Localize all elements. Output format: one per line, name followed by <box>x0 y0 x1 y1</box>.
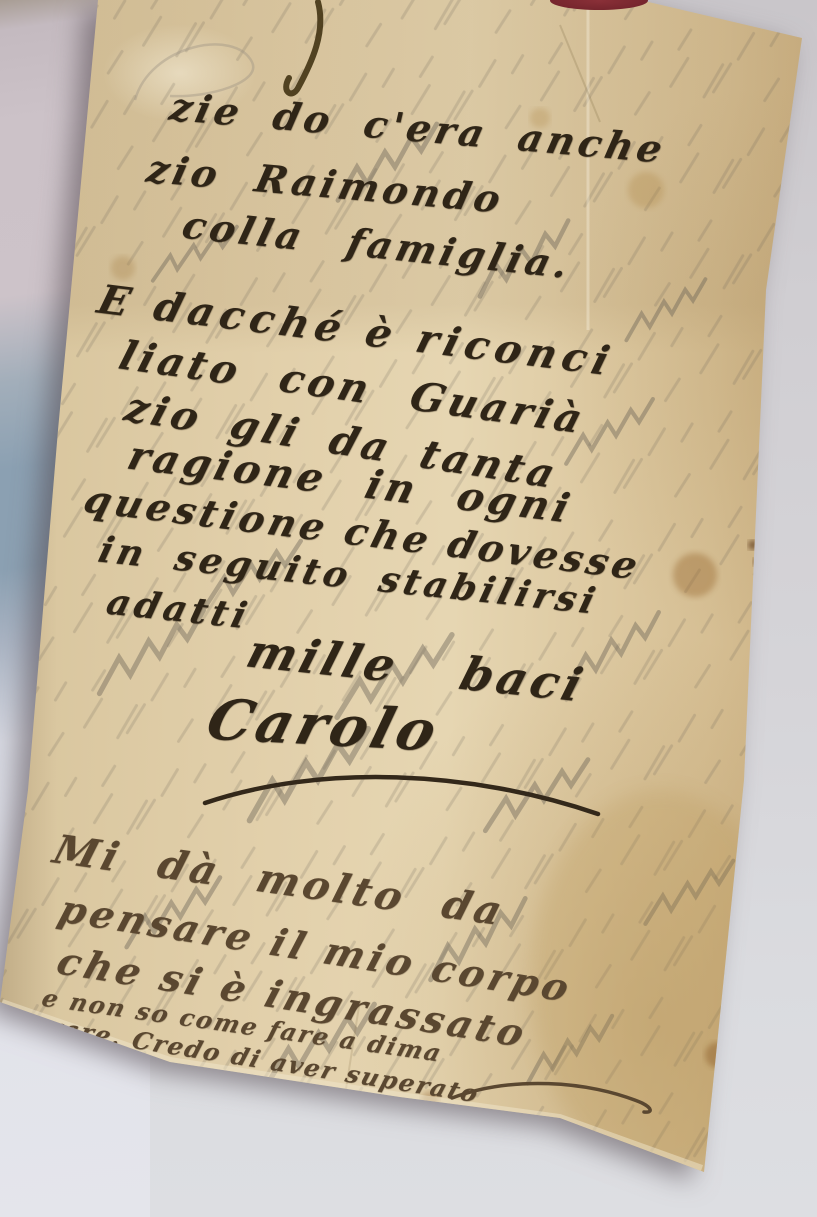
letter-photo: zie do c'era anche zio Raimondo colla fa… <box>0 0 817 1217</box>
letter-paper: zie do c'era anche zio Raimondo colla fa… <box>0 0 817 1217</box>
signature-flourish <box>205 777 598 814</box>
paper-shadow: zie do c'era anche zio Raimondo colla fa… <box>0 0 817 1217</box>
top-ink-stroke <box>286 2 320 93</box>
pencil-scribble <box>135 44 253 100</box>
postscript-flourish <box>452 1083 650 1112</box>
ink-flourishes-svg <box>0 0 817 1217</box>
